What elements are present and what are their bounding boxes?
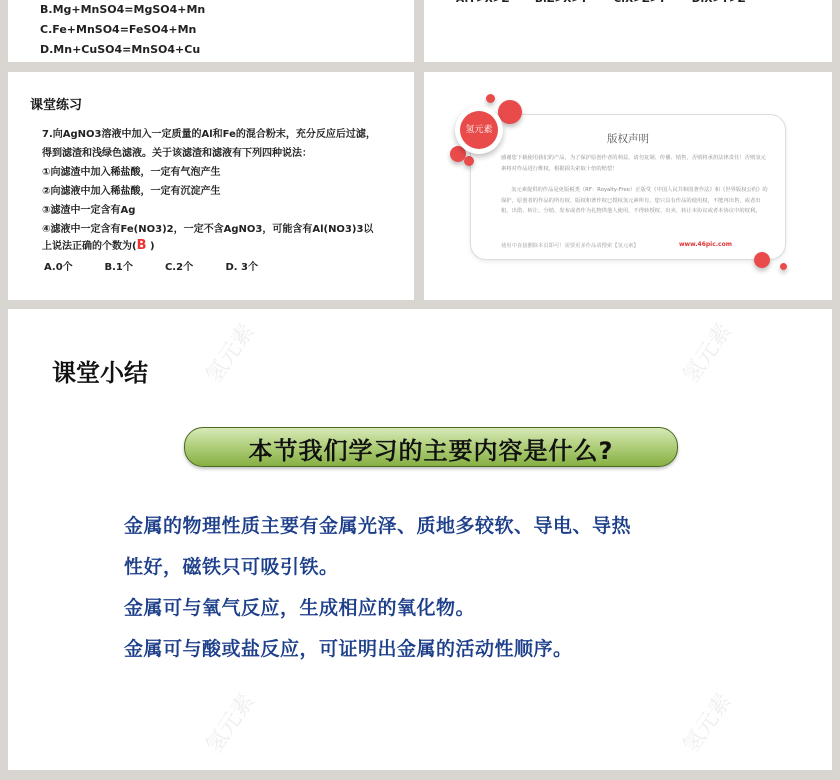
slide-top-right: A.Y>X>Z B.Z>X>Y C.X>Z>Y D.X>Y>Z bbox=[424, 0, 832, 62]
slide-top-left: B.Mg+MnSO4=MgSO4+Mn C.Fe+MnSO4=FeSO4+Mn … bbox=[8, 0, 414, 62]
summary-line-2: 性好，磁铁只可吸引铁。 bbox=[124, 552, 339, 579]
option-b: B.Z>X>Y bbox=[535, 0, 588, 5]
copyright-url[interactable]: www.46pic.com bbox=[679, 241, 732, 248]
summary-line-4: 金属可与酸或盐反应，可证明出金属的活动性顺序。 bbox=[124, 634, 573, 661]
slide-copyright: 版权声明 感谢您下载使用我们的产品，为了保护原创作者的利益，请勿复制、传播、销售… bbox=[424, 72, 832, 300]
watermark: 氢元素 bbox=[197, 687, 260, 759]
exercise-title: 课堂练习 bbox=[30, 94, 82, 113]
statement-1: ①向滤渣中加入稀盐酸，一定有气泡产生 bbox=[42, 163, 220, 178]
decor-circle-icon bbox=[754, 252, 770, 268]
decor-circle-icon bbox=[498, 100, 522, 124]
answer-options: A.Y>X>Z B.Z>X>Y C.X>Z>Y D.X>Y>Z bbox=[456, 0, 767, 5]
prompt-text: 上说法正确的个数为( bbox=[42, 241, 137, 252]
answer-mark: B bbox=[137, 238, 147, 253]
question-line-1: 7.向AgNO3溶液中加入一定质量的Al和Fe的混合粉末，充分反应后过滤， bbox=[42, 125, 376, 140]
slide-exercise: 课堂练习 7.向AgNO3溶液中加入一定质量的Al和Fe的混合粉末，充分反应后过… bbox=[8, 72, 414, 300]
summary-line-1: 金属的物理性质主要有金属光泽、质地多较软、导电、导热 bbox=[124, 511, 631, 538]
option-a: A.Y>X>Z bbox=[456, 0, 509, 5]
copyright-footer: 使用中直接删除本页即可！需要更多作品请搜索【氢元素】 bbox=[501, 241, 639, 249]
choice-c: C.2个 bbox=[165, 258, 222, 273]
choices-row: A.0个 B.1个 C.2个 D. 3个 bbox=[44, 258, 282, 273]
choice-d: D. 3个 bbox=[225, 258, 282, 273]
summary-line-3: 金属可与氧气反应，生成相应的氧化物。 bbox=[124, 593, 475, 620]
copyright-title: 版权声明 bbox=[471, 131, 785, 146]
watermark: 氢元素 bbox=[674, 687, 737, 759]
brand-badge-icon: 氢元素 bbox=[455, 106, 503, 154]
choice-b: B.1个 bbox=[104, 258, 161, 273]
statement-3: ③滤渣中一定含有Ag bbox=[42, 201, 135, 216]
option-b-line: B.Mg+MnSO4=MgSO4+Mn bbox=[40, 3, 205, 16]
slide-summary: 氢元素 氢元素 氢元素 氢元素 课堂小结 本节我们学习的主要内容是什么? 金属的… bbox=[8, 309, 832, 770]
question-banner: 本节我们学习的主要内容是什么? bbox=[184, 427, 678, 467]
copyright-paragraph-2: 氢元素提供的作品是免版税类（RF：Royalty-Free）正版受《中国人民共和… bbox=[501, 185, 771, 217]
option-c-line: C.Fe+MnSO4=FeSO4+Mn bbox=[40, 23, 196, 36]
copyright-card: 版权声明 感谢您下载使用我们的产品，为了保护原创作者的利益，请勿复制、传播、销售… bbox=[470, 114, 786, 260]
prompt-close: ) bbox=[147, 241, 155, 252]
option-d-line: D.Mn+CuSO4=MnSO4+Cu bbox=[40, 43, 200, 56]
question-prompt: 上说法正确的个数为(B ) bbox=[42, 237, 155, 253]
choice-a: A.0个 bbox=[44, 258, 101, 273]
decor-circle-icon bbox=[464, 156, 474, 166]
decor-circle-icon bbox=[486, 94, 495, 103]
watermark: 氢元素 bbox=[197, 317, 260, 389]
brand-badge-label: 氢元素 bbox=[460, 111, 498, 149]
copyright-paragraph-1: 感谢您下载使用我们的产品，为了保护原创作者的利益，请勿复制、传播、销售，否则将承… bbox=[501, 153, 771, 174]
summary-title: 课堂小结 bbox=[52, 353, 148, 388]
question-line-2: 得到滤渣和浅绿色滤液。关于该滤渣和滤液有下列四种说法： bbox=[42, 144, 312, 159]
statement-4: ④滤液中一定含有Fe(NO3)2，一定不含AgNO3，可能含有Al(NO3)3以 bbox=[42, 220, 373, 235]
option-c: C.X>Z>Y bbox=[613, 0, 666, 5]
statement-2: ②向滤液中加入稀盐酸，一定有沉淀产生 bbox=[42, 182, 220, 197]
question-banner-text: 本节我们学习的主要内容是什么? bbox=[185, 431, 677, 466]
option-d: D.X>Y>Z bbox=[692, 0, 746, 5]
watermark: 氢元素 bbox=[674, 317, 737, 389]
decor-circle-icon bbox=[780, 263, 787, 270]
